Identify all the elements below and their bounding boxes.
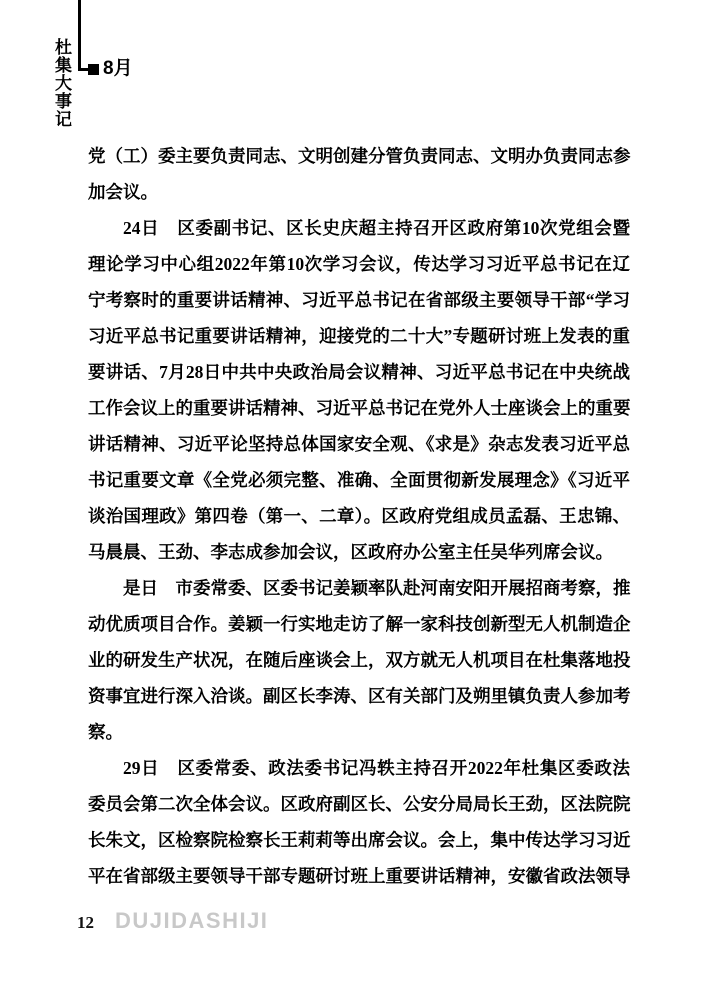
text-line: 党（工）委主要负责同志、文明创建分管负责同志、文明办负责同志参 — [88, 138, 630, 174]
text-line: 29日 区委常委、政法委书记冯轶主持召开2022年杜集区委政法 — [88, 750, 630, 786]
document-body: 党（工）委主要负责同志、文明创建分管负责同志、文明办负责同志参加会议。24日 区… — [88, 138, 630, 894]
text-line: 察。 — [88, 714, 630, 750]
text-line: 动优质项目合作。姜颖一行实地走访了解一家科技创新型无人机制造企 — [88, 606, 630, 642]
footer-watermark: DUJIDASHIJI — [115, 908, 268, 934]
page-number: 12 — [77, 913, 94, 933]
text-line: 资事宜进行深入洽谈。副区长李涛、区有关部门及朔里镇负责人参加考 — [88, 678, 630, 714]
corner-rule-horizontal — [78, 68, 88, 71]
month-label: 8月 — [103, 59, 133, 79]
text-line: 是日 市委常委、区委书记姜颖率队赴河南安阳开展招商考察，推 — [88, 570, 630, 606]
text-line: 要讲话、7月28日中共中央政治局会议精神、习近平总书记在中央统战 — [88, 354, 630, 390]
text-line: 委员会第二次全体会议。区政府副区长、公安分局局长王劲，区法院院 — [88, 786, 630, 822]
text-line: 长朱文，区检察院检察长王莉莉等出席会议。会上，集中传达学习习近 — [88, 822, 630, 858]
square-bullet-icon — [88, 64, 99, 75]
text-line: 业的研发生产状况，在随后座谈会上，双方就无人机项目在杜集落地投 — [88, 642, 630, 678]
text-line: 宁考察时的重要讲话精神、习近平总书记在省部级主要领导干部“学习 — [88, 282, 630, 318]
text-line: 讲话精神、习近平论坚持总体国家安全观、《求是》杂志发表习近平总 — [88, 426, 630, 462]
text-line: 习近平总书记重要讲话精神，迎接党的二十大”专题研讨班上发表的重 — [88, 318, 630, 354]
book-page: 8月 杜集大事记 党（工）委主要负责同志、文明创建分管负责同志、文明办负责同志参… — [0, 0, 717, 982]
corner-rule-vertical — [78, 0, 81, 71]
text-line: 平在省部级主要领导干部专题研讨班上重要讲话精神，安徽省政法领导 — [88, 858, 630, 894]
text-line: 书记重要文章《全党必须完整、准确、全面贯彻新发展理念》《习近平 — [88, 462, 630, 498]
page-footer: 12 DUJIDASHIJI — [77, 908, 268, 934]
text-line: 谈治国理政》第四卷（第一、二章）。区政府党组成员孟磊、王忠锦、 — [88, 498, 630, 534]
text-line: 加会议。 — [88, 174, 630, 210]
text-line: 24日 区委副书记、区长史庆超主持召开区政府第10次党组会暨 — [88, 210, 630, 246]
text-line: 马晨晨、王劲、李志成参加会议，区政府办公室主任吴华列席会议。 — [88, 534, 630, 570]
text-line: 理论学习中心组2022年第10次学习会议，传达学习习近平总书记在辽 — [88, 246, 630, 282]
book-title-vertical: 杜集大事记 — [49, 38, 74, 128]
text-line: 工作会议上的重要讲话精神、习近平总书记在党外人士座谈会上的重要 — [88, 390, 630, 426]
